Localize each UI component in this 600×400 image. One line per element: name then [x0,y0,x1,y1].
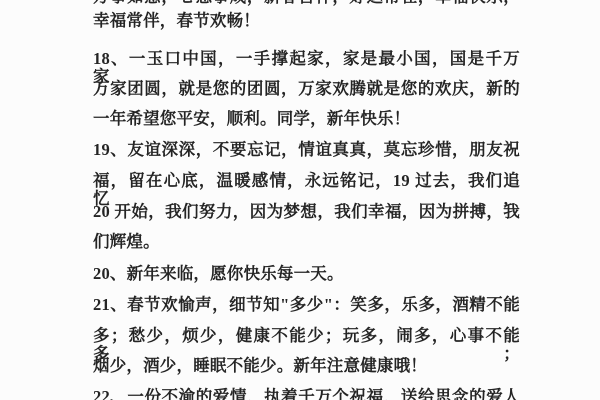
text-line-13: 22、一份不渝的爱情，执着千万个祝福，送给思念的爱人 [93,388,520,400]
text-line-5: 19、友谊深深，不要忘记，情谊真真，莫忘珍惜，朋友祝 [93,141,520,159]
document-page: 万事如意，心想事成，新春吉祥，好运常在，幸福快乐，幸福常伴，春节欢畅！18、一玉… [0,0,600,400]
text-line-7: 20 开始，我们努力，因为梦想，我们幸福，因为拼搏，我 [93,203,520,221]
text-line-3: 万家团圆，就是您的团圆，万家欢腾就是您的欢庆，新的 [93,80,520,98]
text-line-4: 一年希望您平安，顺利。同学，新年快乐！ [93,110,520,128]
text-line-8: 们辉煌。 [93,233,520,251]
text-line-1: 幸福常伴，春节欢畅！ [93,12,520,30]
text-line-10: 21、春节欢愉声，细节知"多少"：笑多，乐多，酒精不能 [93,296,520,314]
text-line-12: 烟少，酒少，睡眠不能少。新年注意健康哦！ [93,357,520,375]
text-line-0: 万事如意，心想事成，新春吉祥，好运常在，幸福快乐， [93,0,520,6]
text-line-9: 20、新年来临，愿你快乐每一天。 [93,265,520,283]
